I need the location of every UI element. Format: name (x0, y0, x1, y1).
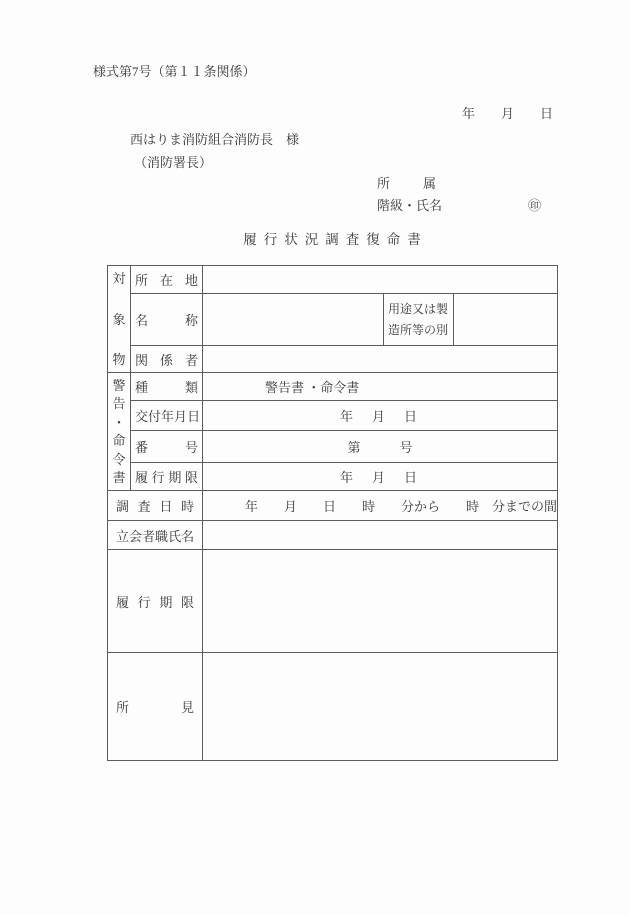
submission-date: 年 月 日 (462, 106, 553, 122)
findings-value-cell (203, 653, 558, 761)
findings-label: 所見 (116, 697, 194, 716)
witness-value-cell (203, 521, 558, 550)
related-label-cell: 関係者 (131, 346, 203, 373)
kind-value-cell: 警告書 ・命令書 (203, 373, 558, 401)
rank-name-label: 階級・氏名 (377, 198, 442, 213)
performance-period-label: 履行期限 (116, 592, 194, 611)
usage-label: 用途又は製造所等の別 (388, 299, 449, 340)
deadline-value-cell: 年 月 日 (203, 463, 558, 491)
witness-label: 立会者職氏名 (116, 526, 194, 545)
location-label: 所在地 (135, 270, 198, 289)
name-label-cell: 名称 (131, 294, 203, 346)
issue-date-label: 交付年月日 (135, 406, 198, 425)
seal-icon: ㊞ (528, 198, 541, 214)
findings-label-cell: 所見 (108, 653, 203, 761)
issue-date-label-cell: 交付年月日 (131, 401, 203, 431)
related-persons-label: 関係者 (135, 350, 198, 369)
rank-name-line: 階級・氏名 ㊞ (377, 198, 557, 214)
affiliation-label: 所属 (377, 176, 436, 192)
addressee-note: （消防署長） (134, 155, 212, 171)
report-table: 対象物 所在地 名称 用途又は製造所等の別 関係者 警告・命令書 (107, 265, 558, 761)
location-value-cell (203, 266, 558, 294)
survey-datetime-label-cell: 調査日時 (108, 491, 203, 521)
group-label-warning-order-text: 警告・命令書 (108, 379, 130, 484)
usage-value-cell (454, 294, 558, 346)
survey-datetime-value-cell: 年 月 日 時 分から 時 分までの間 (203, 491, 558, 521)
survey-datetime-label: 調査日時 (116, 496, 194, 515)
group-label-target: 対象物 (108, 266, 131, 373)
issue-date-value-cell: 年 月 日 (203, 401, 558, 431)
performance-period-value-cell (203, 550, 558, 653)
related-value-cell (203, 346, 558, 373)
name-value-cell (203, 294, 384, 346)
group-label-warning-order: 警告・命令書 (108, 373, 131, 491)
number-label-cell: 番号 (131, 431, 203, 463)
number-value-cell: 第 号 (203, 431, 558, 463)
page-title: 履行状況調査復命書 (107, 232, 557, 248)
document-page: 様式第7号（第１１条関係） 年 月 日 西はりま消防組合消防長 様 （消防署長）… (0, 0, 630, 915)
kind-label-cell: 種類 (131, 373, 203, 401)
deadline-label-cell: 履行期限 (131, 463, 203, 491)
kind-label: 種類 (135, 377, 198, 396)
usage-label-cell: 用途又は製造所等の別 (384, 294, 454, 346)
form-number: 様式第7号（第１１条関係） (93, 64, 256, 80)
name-label: 名称 (135, 310, 198, 329)
addressee: 西はりま消防組合消防長 様 (130, 132, 299, 148)
deadline-label: 履行期限 (135, 467, 198, 486)
location-label-cell: 所在地 (131, 266, 203, 294)
group-label-target-text: 対象物 (108, 272, 130, 366)
witness-label-cell: 立会者職氏名 (108, 521, 203, 550)
performance-period-label-cell: 履行期限 (108, 550, 203, 653)
number-label: 番号 (135, 437, 198, 456)
